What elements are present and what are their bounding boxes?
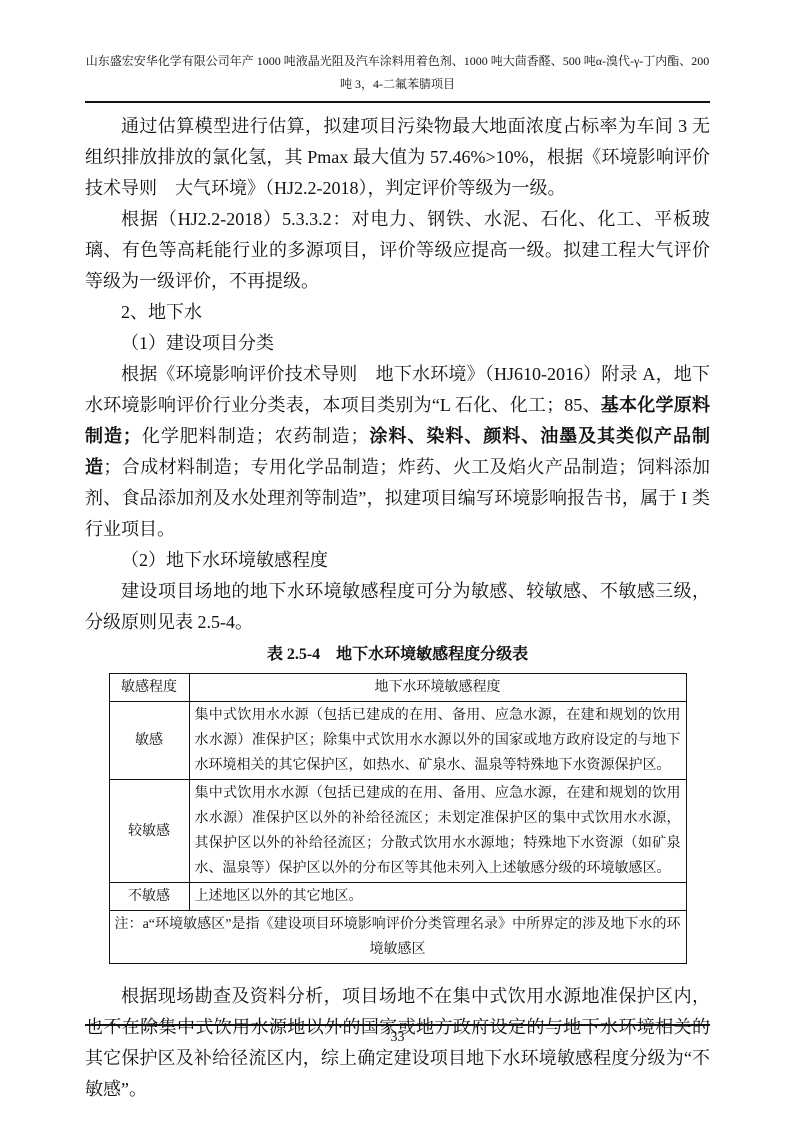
table-row-sensitive: 敏感 集中式饮用水水源（包括已建成的在用、备用、应急水源，在建和规划的饮用水水源… <box>109 702 686 780</box>
page-header: 山东盛宏安华化学有限公司年产 1000 吨液晶光阻及汽车涂料用着色剂、1000 … <box>85 0 710 103</box>
table-row-not-sensitive: 不敏感 上述地区以外的其它地区。 <box>109 883 686 911</box>
table-note: 注：a“环境敏感区”是指《建设项目环境影响评价分类管理名录》中所界定的涉及地下水… <box>109 911 686 964</box>
page-number: 33 <box>391 1030 405 1045</box>
cell-level-sensitive: 敏感 <box>109 702 189 780</box>
table-caption: 表 2.5-4 地下水环境敏感程度分级表 <box>85 639 710 670</box>
cell-desc-less-sensitive: 集中式饮用水水源（包括已建成的在用、备用、应急水源，在建和规划的饮用水水源）准保… <box>189 780 686 883</box>
para-estimation-result: 通过估算模型进行估算，拟建项目污染物最大地面浓度占标率为车间 3 无组织排放排放… <box>85 111 710 204</box>
header-project-title: 山东盛宏安华化学有限公司年产 1000 吨液晶光阻及汽车涂料用着色剂、1000 … <box>86 54 710 91</box>
table-header-row: 敏感程度 地下水环境敏感程度 <box>109 674 686 702</box>
sensitivity-table: 敏感程度 地下水环境敏感程度 敏感 集中式饮用水水源（包括已建成的在用、备用、应… <box>109 673 687 964</box>
table-note-row: 注：a“环境敏感区”是指《建设项目环境影响评价分类管理名录》中所界定的涉及地下水… <box>109 911 686 964</box>
para-grade-upgrade: 根据（HJ2.2-2018）5.3.3.2：对电力、钢铁、水泥、石化、化工、平板… <box>85 204 710 297</box>
para-sensitivity-intro: 建设项目场地的地下水环境敏感程度可分为敏感、较敏感、不敏感三级，分级原则见表 2… <box>85 576 710 638</box>
heading-sensitivity-degree: （2）地下水环境敏感程度 <box>85 545 710 576</box>
document-page: 山东盛宏安华化学有限公司年产 1000 吨液晶光阻及汽车涂料用着色剂、1000 … <box>0 0 794 1123</box>
cell-desc-not-sensitive: 上述地区以外的其它地区。 <box>189 883 686 911</box>
page-footer: 33 <box>85 1024 710 1048</box>
col-header-desc: 地下水环境敏感程度 <box>189 674 686 702</box>
document-body: 通过估算模型进行估算，拟建项目污染物最大地面浓度占标率为车间 3 无组织排放排放… <box>85 111 710 1105</box>
paragraph-group-before-table: 通过估算模型进行估算，拟建项目污染物最大地面浓度占标率为车间 3 无组织排放排放… <box>85 111 710 638</box>
cell-desc-sensitive: 集中式饮用水水源（包括已建成的在用、备用、应急水源，在建和规划的饮用水水源）准保… <box>189 702 686 780</box>
para-industry-classification: 根据《环境影响评价技术导则 地下水环境》（HJ610-2016）附录 A，地下水… <box>85 359 710 545</box>
cell-level-less-sensitive: 较敏感 <box>109 780 189 883</box>
heading-project-classification: （1）建设项目分类 <box>85 328 710 359</box>
heading-groundwater: 2、地下水 <box>85 297 710 328</box>
cell-level-not-sensitive: 不敏感 <box>109 883 189 911</box>
table-row-less-sensitive: 较敏感 集中式饮用水水源（包括已建成的在用、备用、应急水源，在建和规划的饮用水水… <box>109 780 686 883</box>
col-header-level: 敏感程度 <box>109 674 189 702</box>
